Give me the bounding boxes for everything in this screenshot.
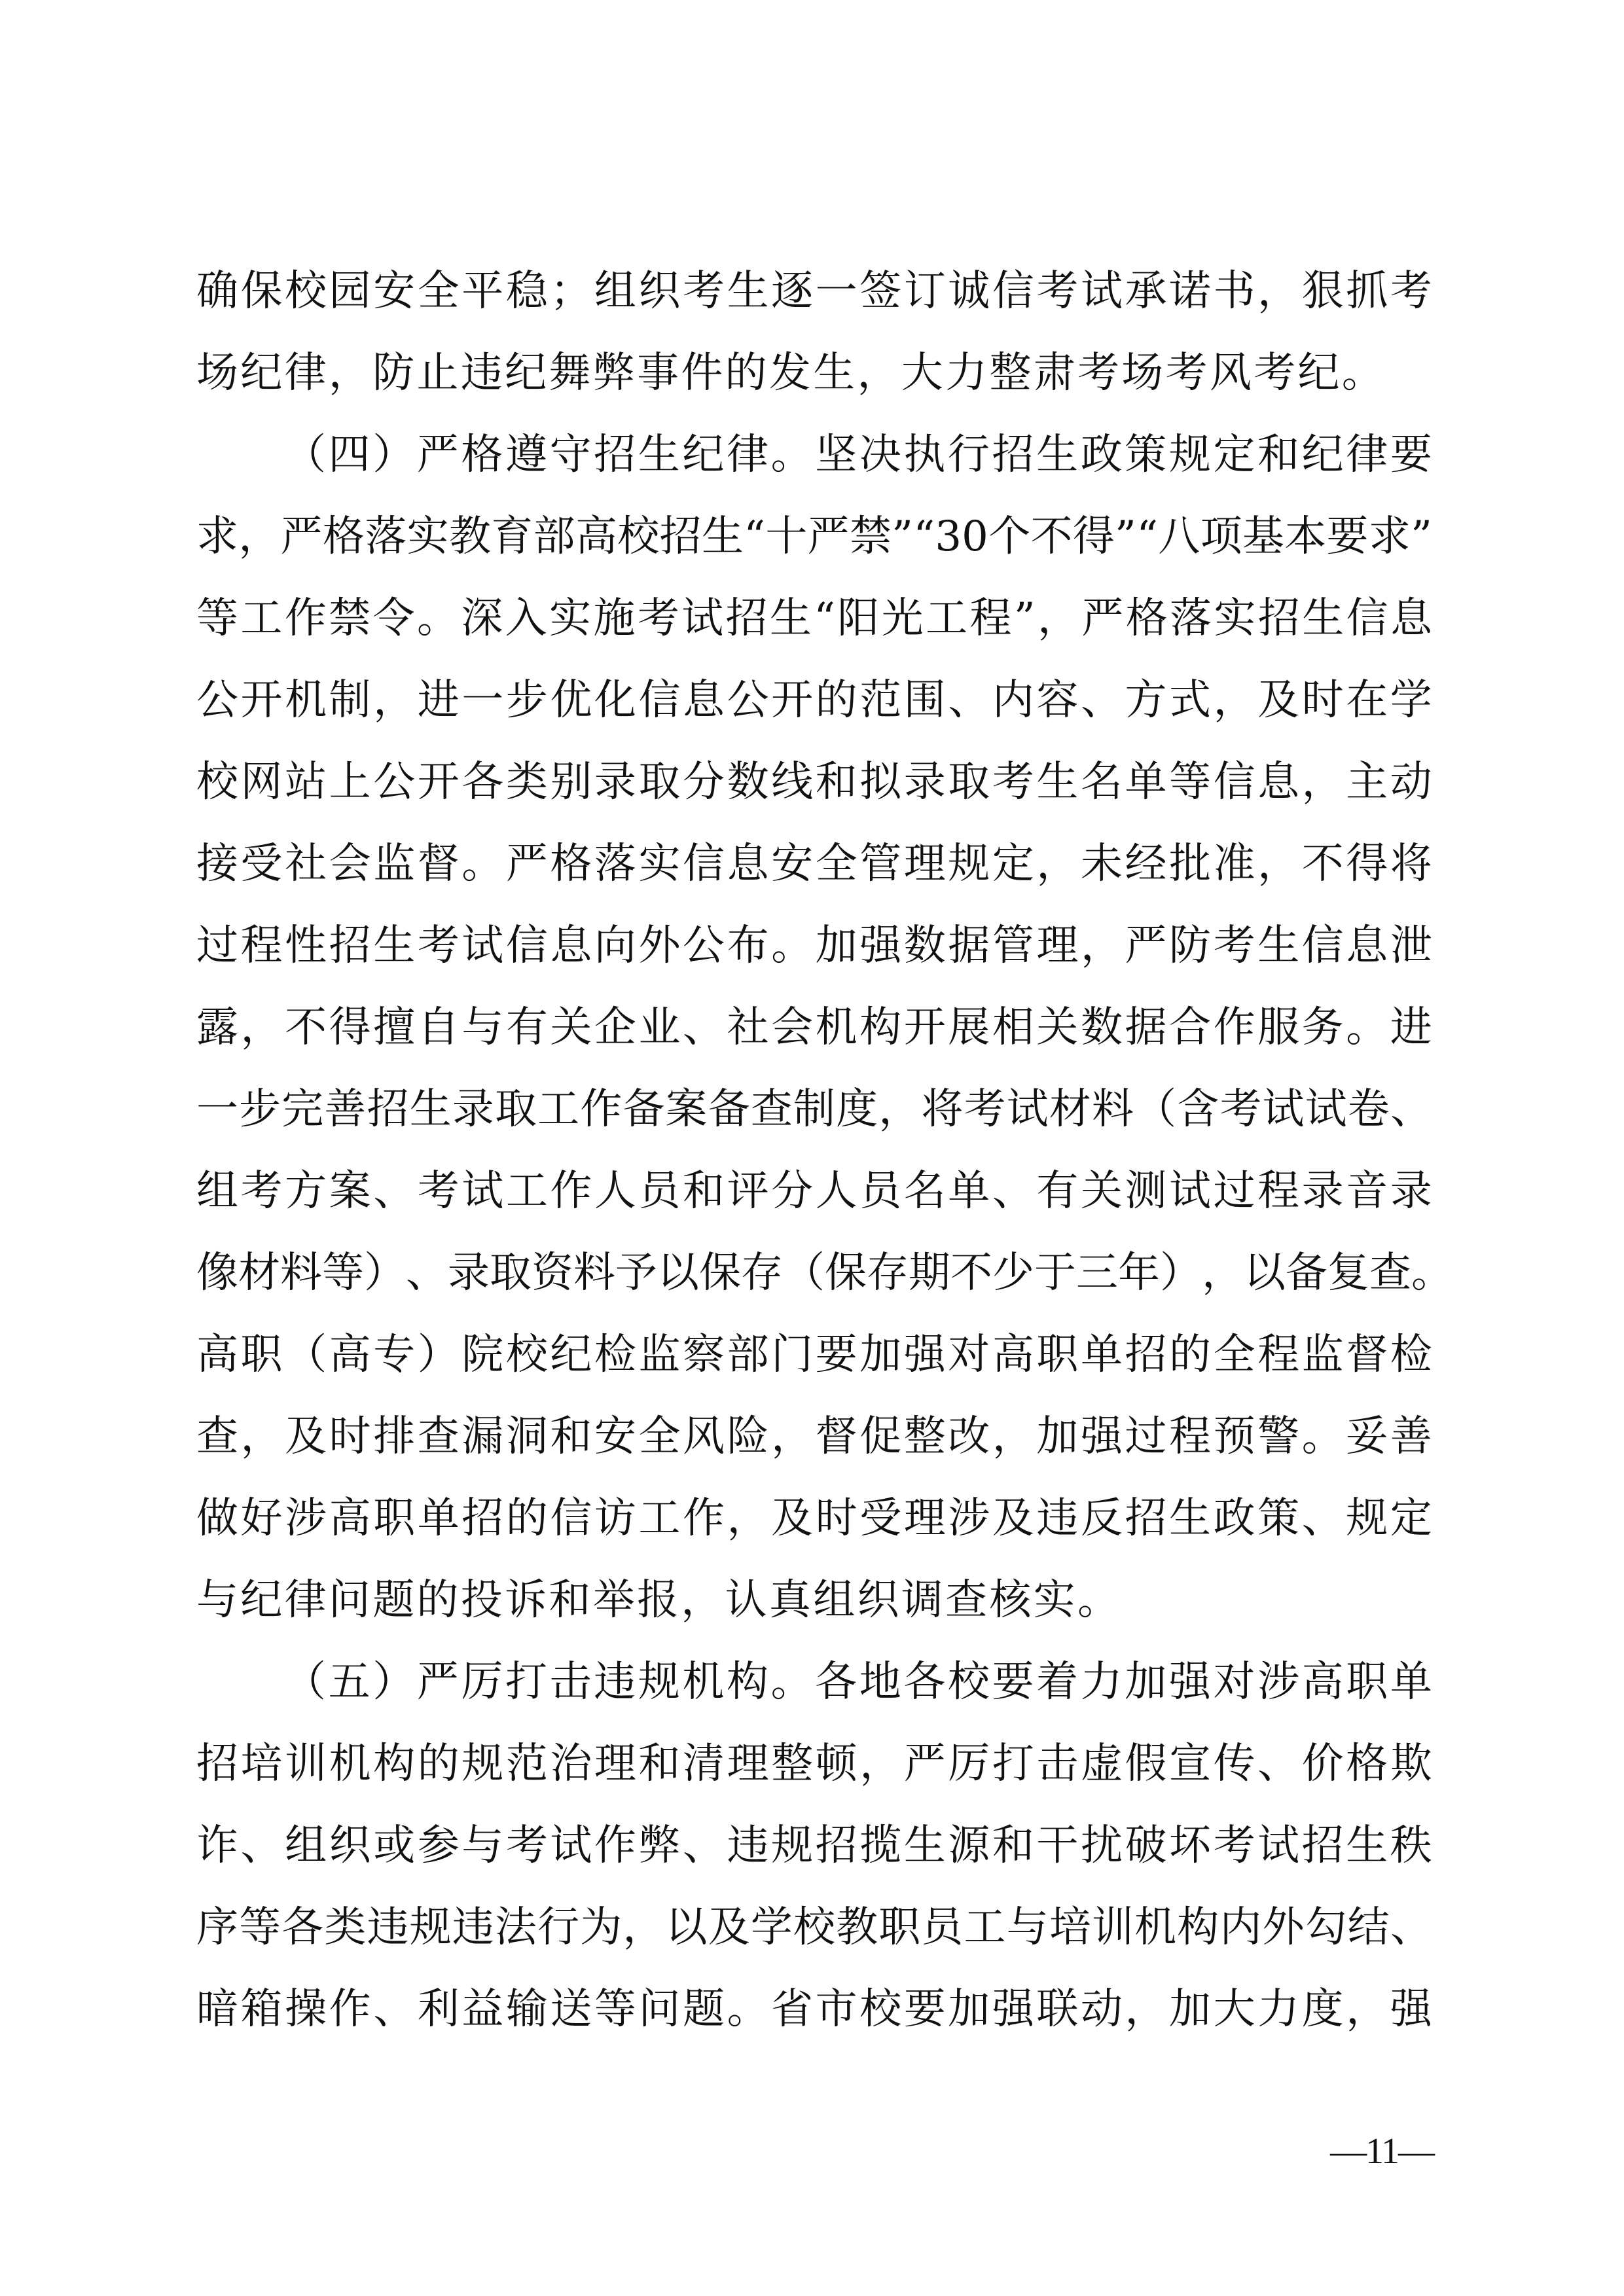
text-char: 工 xyxy=(638,1486,680,1551)
text-char: 方 xyxy=(1125,668,1166,733)
text-char: 等 xyxy=(196,586,238,651)
text-char: 整 xyxy=(771,1731,813,1797)
text-char: 职 xyxy=(373,1486,415,1551)
text-char: 一 xyxy=(461,668,503,733)
text-char: ， xyxy=(1081,913,1123,978)
text-line: 组考方案、考试工作人员和评分人员名单、有关测试过程录音录 xyxy=(196,1150,1432,1232)
text-char: 息 xyxy=(683,668,725,733)
text-char: 等 xyxy=(1169,749,1211,815)
text-char: 稳 xyxy=(506,259,548,324)
text-char: 、 xyxy=(373,1977,415,2042)
text-char: 做 xyxy=(196,1486,238,1551)
text-char: 。 xyxy=(1411,1240,1453,1306)
text-char: 逐 xyxy=(771,259,813,324)
text-char: 容 xyxy=(1036,668,1078,733)
text-char: 三 xyxy=(1076,1240,1118,1306)
text-char: 院 xyxy=(461,1322,503,1388)
text-char: 过 xyxy=(196,913,238,978)
text-char: 信 xyxy=(683,831,725,897)
heading-char: 严 xyxy=(417,1649,459,1715)
text-char: 息 xyxy=(727,831,769,897)
text-char: 订 xyxy=(904,259,946,324)
text-char: 理 xyxy=(904,1486,946,1551)
text-char: 人 xyxy=(594,1158,636,1224)
text-char: 信 xyxy=(992,259,1034,324)
text-char: 据 xyxy=(1125,995,1166,1060)
text-char: 布 xyxy=(727,913,769,978)
text-line: 暗箱操作、利益输送等问题。省市校要加强联动，加大力度，强 xyxy=(196,1968,1432,2050)
text-char: ， xyxy=(623,1895,664,1960)
text-char: 箱 xyxy=(241,1977,283,2042)
text-char: 测 xyxy=(1125,1158,1166,1224)
text-char: 序 xyxy=(196,1895,238,1960)
text-line: 公开机制，进一步优化信息公开的范围、内容、方式，及时在学 xyxy=(196,659,1432,741)
text-char: 开 xyxy=(771,668,813,733)
text-char: 等 xyxy=(239,1895,281,1960)
text-char: 考 xyxy=(1036,259,1078,324)
text-char: 招 xyxy=(1258,586,1300,651)
text-char: 试 xyxy=(461,1158,503,1224)
text-line: 查，及时排查漏洞和安全风险，督促整改，加强过程预警。妥善 xyxy=(196,1395,1432,1477)
text-char: 训 xyxy=(1092,1895,1134,1960)
text-char: 、 xyxy=(373,1158,415,1224)
text-char: 数 xyxy=(1081,995,1123,1060)
text-char: 考 xyxy=(418,1158,460,1224)
text-char: 时 xyxy=(329,1404,371,1469)
text-char: 强 xyxy=(992,1977,1034,2042)
heading-char: 守 xyxy=(550,422,592,488)
text-char: 于 xyxy=(1034,1240,1076,1306)
text-char: 构 xyxy=(1177,1895,1219,1960)
text-char: 考 xyxy=(992,749,1034,815)
text-line: 序等各类违规违法行为，以及学校教职员工与培训机构内外勾结、 xyxy=(196,1886,1432,1968)
text-char: 保 xyxy=(825,1240,867,1306)
text-char: 法 xyxy=(495,1895,537,1960)
text-char: 年 xyxy=(1118,1240,1160,1306)
text-char: 30 xyxy=(935,504,988,569)
text-char: 单 xyxy=(948,1158,990,1224)
text-char: 批 xyxy=(1169,831,1211,897)
text-char: ， xyxy=(878,1077,920,1142)
text-char: 定 xyxy=(1213,422,1255,488)
text-char: 送 xyxy=(550,1977,592,2042)
text-char: 学 xyxy=(751,1895,793,1960)
text-char: 网 xyxy=(241,749,283,815)
text-char: 强 xyxy=(859,913,901,978)
text-char: 督 xyxy=(1346,1322,1388,1388)
text-char: 作 xyxy=(550,1158,592,1224)
text-char: 力 xyxy=(1081,1649,1123,1715)
document-page: 确保校园安全平稳；组织考生逐一签订诚信考试承诺书，狠抓考场纪律，防止违纪舞弊事件… xyxy=(0,0,1624,2296)
text-char: 主 xyxy=(1346,749,1388,815)
text-char: 。 xyxy=(417,586,459,651)
text-char: 坏 xyxy=(1169,1813,1211,1878)
text-char: 加 xyxy=(1036,1404,1078,1469)
text-char: 考 xyxy=(241,1158,283,1224)
text-char: 制 xyxy=(793,1077,835,1142)
text-char: 各 xyxy=(903,1649,945,1715)
text-char: ； xyxy=(550,259,592,324)
text-char: 工 xyxy=(537,1077,579,1142)
text-char: 录 xyxy=(904,749,946,815)
heading-char: 机 xyxy=(682,1649,724,1715)
text-char: 和 xyxy=(816,749,857,815)
text-char: 程 xyxy=(241,913,283,978)
text-char: ， xyxy=(859,1731,901,1797)
text-char: 招 xyxy=(726,586,768,651)
text-char: 试 xyxy=(1257,1813,1299,1878)
text-char: 招 xyxy=(660,504,702,569)
heading-char: 构 xyxy=(727,1649,768,1715)
text-char: 进 xyxy=(1390,995,1432,1060)
text-char: 经 xyxy=(1125,831,1166,897)
text-char: 案 xyxy=(666,1077,708,1142)
text-char: 地 xyxy=(859,1649,901,1715)
text-char: 理 xyxy=(594,1731,636,1797)
text-char: 狠 xyxy=(1302,259,1344,324)
text-char: 行 xyxy=(537,1895,579,1960)
text-char: 预 xyxy=(1214,1404,1255,1469)
text-char: 保 xyxy=(699,1240,741,1306)
text-char: ） xyxy=(364,1240,406,1306)
text-char: 职 xyxy=(241,1322,283,1388)
text-char: 改 xyxy=(948,1404,990,1469)
text-char: 严 xyxy=(904,1731,946,1797)
text-char: 数 xyxy=(727,749,769,815)
text-char: 政 xyxy=(1081,422,1123,488)
text-char: ， xyxy=(241,1404,283,1469)
text-char: 坚 xyxy=(815,422,857,488)
text-char: 虚 xyxy=(1081,1731,1123,1797)
text-char: 公 xyxy=(373,749,415,815)
text-char: 行 xyxy=(948,422,990,488)
text-char: 招 xyxy=(992,422,1034,488)
text-char: 、 xyxy=(1390,1077,1432,1142)
text-char: 题 xyxy=(683,1977,725,2042)
text-char: 校 xyxy=(506,1322,548,1388)
text-char: 步 xyxy=(506,668,548,733)
text-char: 社 xyxy=(285,831,327,897)
text-char: 试 xyxy=(681,586,723,651)
text-char: 的 xyxy=(816,668,857,733)
text-char: 信 xyxy=(638,668,680,733)
text-char: 诚 xyxy=(948,259,990,324)
text-char: 公 xyxy=(727,668,769,733)
section-heading-line: （四）严格遵守招生纪律。坚决执行招生政策规定和纪律要 xyxy=(196,414,1432,495)
text-char: 程 xyxy=(1169,1404,1211,1469)
text-char: 不 xyxy=(1302,831,1344,897)
text-char: 违 xyxy=(727,1813,769,1878)
text-char: 纪 xyxy=(550,1322,592,1388)
text-char: 着 xyxy=(1036,1649,1078,1715)
text-char: 化 xyxy=(594,668,636,733)
text-char: 涉 xyxy=(285,1486,327,1551)
text-char: 招 xyxy=(329,913,371,978)
text-char: ， xyxy=(373,668,415,733)
text-char: 录 xyxy=(448,1240,490,1306)
heading-char: 五 xyxy=(329,1649,370,1715)
text-char: 和 xyxy=(550,1404,592,1469)
text-char: 务 xyxy=(1302,995,1344,1060)
text-char: ， xyxy=(238,504,280,569)
text-char: ） xyxy=(418,1322,460,1388)
text-char: 格 xyxy=(1346,1731,1388,1797)
text-char: 检 xyxy=(1390,1322,1432,1388)
text-char: 试 xyxy=(1169,1158,1211,1224)
text-char: 园 xyxy=(329,259,371,324)
text-char: 自 xyxy=(418,995,460,1060)
text-char: 禁 xyxy=(329,586,370,651)
text-char: 作 xyxy=(329,1977,371,2042)
text-char: 生 xyxy=(1257,913,1299,978)
text-char: 诺 xyxy=(1169,259,1211,324)
text-char: 确 xyxy=(196,259,238,324)
text-char: 强 xyxy=(1081,1404,1123,1469)
text-line: 求，严格落实教育部高校招生“十严禁”“30个不得”“八项基本要求” xyxy=(196,495,1432,577)
text-char: 得 xyxy=(1073,504,1115,569)
text-char: 校 xyxy=(617,504,659,569)
text-char: 名 xyxy=(1081,749,1123,815)
text-char: 料 xyxy=(1092,1077,1134,1142)
text-char: 为 xyxy=(580,1895,622,1960)
text-char: 督 xyxy=(816,1404,857,1469)
text-char: 求 xyxy=(1369,504,1411,569)
text-char: 要 xyxy=(1390,422,1432,488)
text-line: 过程性招生考试信息向外公布。加强数据管理，严防考生信息泄 xyxy=(196,905,1432,986)
text-char: 类 xyxy=(506,749,548,815)
text-char: 警 xyxy=(1257,1404,1299,1469)
text-char: 别 xyxy=(550,749,592,815)
text-char: 秩 xyxy=(1390,1813,1432,1878)
text-char: 漏 xyxy=(461,1404,503,1469)
text-char: 准 xyxy=(1214,831,1255,897)
text-char: 作 xyxy=(1214,995,1255,1060)
heading-char: 打 xyxy=(505,1649,547,1715)
text-char: 击 xyxy=(1036,1731,1078,1797)
text-char: 考 xyxy=(1219,1077,1261,1142)
heading-char: ） xyxy=(372,422,414,488)
text-char: 对 xyxy=(1213,1649,1255,1715)
text-char: 试 xyxy=(461,913,503,978)
text-char: 训 xyxy=(285,1731,327,1797)
text-char: 查 xyxy=(418,1404,460,1469)
text-char: 校 xyxy=(285,259,327,324)
text-char: 与 xyxy=(461,1813,503,1878)
text-char: 站 xyxy=(285,749,327,815)
text-char: 理 xyxy=(904,831,946,897)
text-char: 数 xyxy=(904,913,946,978)
text-char: 专 xyxy=(373,1322,415,1388)
text-char: （ xyxy=(783,1240,825,1306)
text-char: 价 xyxy=(1302,1731,1344,1797)
text-char: 各 xyxy=(461,749,503,815)
text-char: 假 xyxy=(1125,1731,1166,1797)
text-char: 会 xyxy=(329,831,371,897)
text-line: 等工作禁令。深入实施考试招生“阳光工程”，严格落实招生信息 xyxy=(196,577,1432,659)
text-char: 项 xyxy=(1200,504,1242,569)
text-char: 落 xyxy=(365,504,406,569)
text-char: 程 xyxy=(1257,1158,1299,1224)
text-char: 。 xyxy=(1302,1404,1344,1469)
text-char: ， xyxy=(727,1486,769,1551)
text-char: 开 xyxy=(904,995,946,1060)
text-char: 招 xyxy=(461,1486,503,1551)
text-char: 入 xyxy=(505,586,547,651)
heading-char: 击 xyxy=(550,1649,592,1715)
text-char: 音 xyxy=(1346,1158,1388,1224)
text-char: 打 xyxy=(992,1731,1034,1797)
text-char: 培 xyxy=(241,1731,283,1797)
text-char: 监 xyxy=(373,831,415,897)
text-char: 生 xyxy=(1346,1813,1388,1878)
text-char: 善 xyxy=(1390,1404,1432,1469)
text-char: 程 xyxy=(969,586,1011,651)
text-char: 实 xyxy=(407,504,449,569)
heading-char: 纪 xyxy=(682,422,724,488)
text-char: 在 xyxy=(1346,668,1388,733)
text-char: 和 xyxy=(683,1158,725,1224)
text-char: 顿 xyxy=(816,1731,857,1797)
text-char: 结 xyxy=(1348,1895,1390,1960)
text-char: 落 xyxy=(594,831,636,897)
text-char: 加 xyxy=(1169,1977,1211,2042)
text-char: 破 xyxy=(1125,1813,1166,1878)
text-char: 考 xyxy=(964,1077,1006,1142)
text-char: 和 xyxy=(1257,422,1299,488)
text-char: 访 xyxy=(594,1486,636,1551)
heading-char: 格 xyxy=(461,422,503,488)
text-char: 考 xyxy=(1214,913,1255,978)
text-char: 令 xyxy=(373,586,415,651)
text-char: 方 xyxy=(285,1158,327,1224)
text-char: 强 xyxy=(904,1322,946,1388)
text-char: 暗 xyxy=(196,1977,238,2042)
text-char: 招 xyxy=(367,1077,409,1142)
text-char: 取 xyxy=(638,749,680,815)
text-char: 执 xyxy=(903,422,945,488)
text-char: 个 xyxy=(988,504,1030,569)
text-char: 大 xyxy=(1214,1977,1255,2042)
text-char: 、 xyxy=(992,1158,1034,1224)
text-char: 策 xyxy=(1257,1486,1299,1551)
text-char: 机 xyxy=(285,668,327,733)
text-char: 信 xyxy=(506,913,548,978)
text-char: 洞 xyxy=(506,1404,548,1469)
text-char: 外 xyxy=(1263,1895,1305,1960)
text-char: 。 xyxy=(461,831,503,897)
text-char: 构 xyxy=(373,1731,415,1797)
text-char: ， xyxy=(771,1404,813,1469)
text-char: 员 xyxy=(921,1895,963,1960)
text-char: 规 xyxy=(1346,1486,1388,1551)
text-char: ， xyxy=(1214,668,1255,733)
text-char: 信 xyxy=(1346,586,1388,651)
text-char: 或 xyxy=(373,1813,415,1878)
text-char: 料 xyxy=(573,1240,615,1306)
text-char: 考 xyxy=(1214,1813,1255,1878)
text-char: 光 xyxy=(882,586,924,651)
text-char: 高 xyxy=(329,1486,371,1551)
text-char: 全 xyxy=(418,259,460,324)
text-line: 与纪律问题的投诉和举报，认真组织调查核实。 xyxy=(196,1559,1432,1641)
text-char: 取 xyxy=(948,749,990,815)
text-char: 露 xyxy=(196,995,238,1060)
text-char: 分 xyxy=(683,749,725,815)
text-char: 员 xyxy=(638,1158,680,1224)
text-char: 作 xyxy=(580,1077,622,1142)
text-char: 、 xyxy=(1390,1895,1432,1960)
text-char: ” xyxy=(1411,504,1432,569)
text-char: 纪 xyxy=(1302,422,1344,488)
text-char: 存 xyxy=(867,1240,909,1306)
heading-char: 。 xyxy=(771,1649,813,1715)
text-char: 基 xyxy=(1242,504,1284,569)
text-line: 招培训机构的规范治理和清理整顿，严厉打击虚假宣传、价格欺 xyxy=(196,1723,1432,1804)
text-line: 露，不得擅自与有关企业、社会机构开展相关数据合作服务。进 xyxy=(196,986,1432,1068)
text-char: 过 xyxy=(1214,1158,1255,1224)
text-char: “ xyxy=(1136,504,1158,569)
text-char: 录 xyxy=(452,1077,494,1142)
text-char: 关 xyxy=(1036,995,1078,1060)
text-char: 。 xyxy=(1346,995,1388,1060)
text-char: 备 xyxy=(623,1077,664,1142)
text-char: 招 xyxy=(1302,1813,1344,1878)
text-char: 予 xyxy=(615,1240,657,1306)
text-char: 单 xyxy=(1125,749,1166,815)
text-char: 泄 xyxy=(1390,913,1432,978)
heading-char: 生 xyxy=(638,422,680,488)
text-char: 决 xyxy=(859,422,901,488)
text-char: ， xyxy=(1202,1240,1244,1306)
text-char: 参 xyxy=(418,1813,460,1878)
text-char: 对 xyxy=(948,1322,990,1388)
text-char: 一 xyxy=(196,1077,238,1142)
text-line: 确保校园安全平稳；组织考生逐一签订诚信考试承诺书，狠抓考 xyxy=(196,250,1432,332)
text-char: ） xyxy=(1160,1240,1202,1306)
text-char: 关 xyxy=(550,995,592,1060)
text-char: 以 xyxy=(657,1240,699,1306)
text-char: ， xyxy=(1036,831,1078,897)
text-char: 一 xyxy=(816,259,857,324)
text-char: 擅 xyxy=(373,995,415,1060)
text-char: 、 xyxy=(1257,1731,1299,1797)
text-char: 规 xyxy=(1169,422,1211,488)
text-char: 十 xyxy=(765,504,807,569)
text-char: 强 xyxy=(1390,1977,1432,2042)
text-char: ， xyxy=(1038,586,1079,651)
text-char: 公 xyxy=(683,913,725,978)
text-char: 涉 xyxy=(1257,1649,1299,1715)
text-char: 试 xyxy=(1081,259,1123,324)
text-char: 组 xyxy=(196,1158,238,1224)
text-char: 生 xyxy=(1036,749,1078,815)
text-char: “ xyxy=(814,586,835,651)
text-char: ， xyxy=(1346,1977,1388,2042)
text-char: 校 xyxy=(196,749,238,815)
text-char: 社 xyxy=(727,995,769,1060)
text-char: 材 xyxy=(1049,1077,1091,1142)
text-char: 生 xyxy=(1169,1486,1211,1551)
text-char: 生 xyxy=(373,913,415,978)
text-char: 规 xyxy=(948,831,990,897)
text-char: ， xyxy=(241,995,283,1060)
text-char: 生 xyxy=(410,1077,452,1142)
text-line: 做好涉高职单招的信访工作，及时受理涉及违反招生政策、规定 xyxy=(196,1477,1432,1559)
text-char: 像 xyxy=(196,1240,238,1306)
text-char: 的 xyxy=(506,1486,548,1551)
text-char: 高 xyxy=(196,1322,238,1388)
section-heading-line: （五）严厉打击违规机构。各地各校要着力加强对涉高职单 xyxy=(196,1641,1432,1723)
